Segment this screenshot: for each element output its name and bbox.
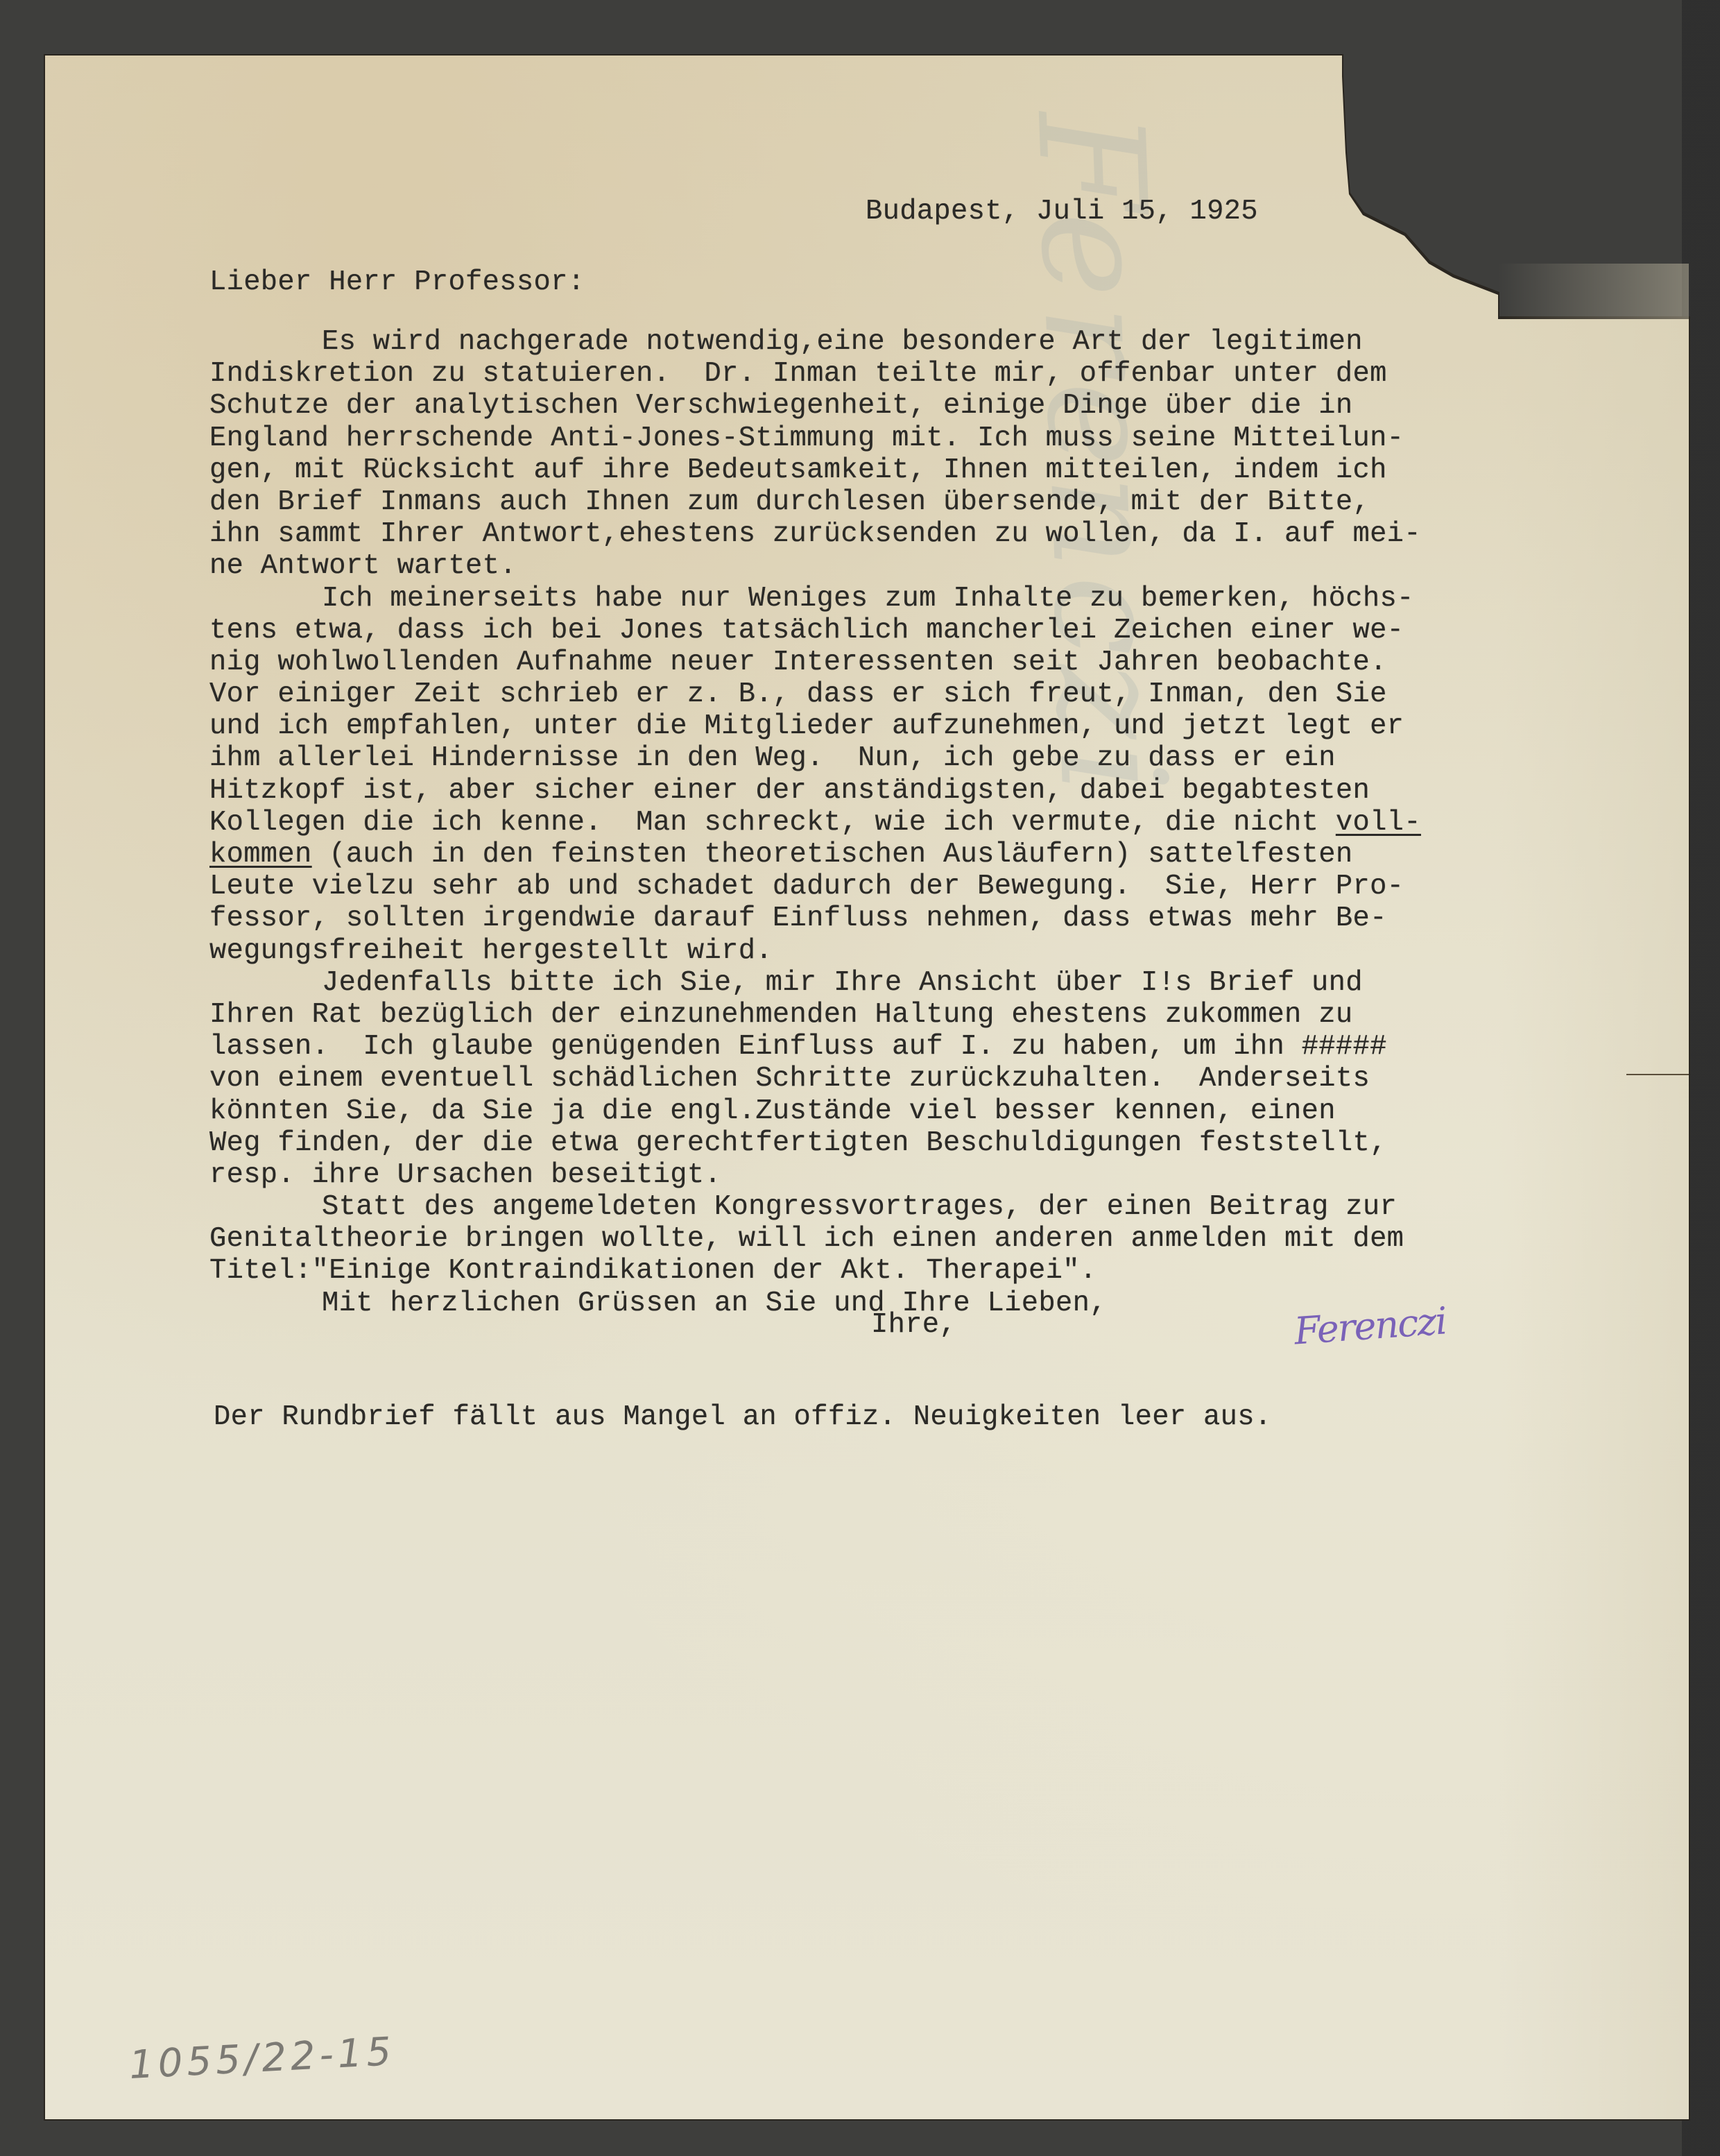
letter-body-line: gen, mit Rücksicht auf ihre Bedeutsamkei… [209, 454, 1421, 486]
body-line-text: tens etwa, dass ich bei Jones tatsächlic… [209, 615, 1404, 647]
body-line-text: gen, mit Rücksicht auf ihre Bedeutsamkei… [209, 454, 1387, 486]
body-line-text: Kollegen die ich kenne. Man schreckt, wi… [209, 807, 1336, 839]
body-line-text: Hitzkopf ist, aber sicher einer der anst… [209, 775, 1370, 807]
letter-body-line: den Brief Inmans auch Ihnen zum durchles… [209, 486, 1421, 518]
letter-body-line: Vor einiger Zeit schrieb er z. B., dass … [209, 678, 1421, 710]
letter-postscript: Der Rundbrief fällt aus Mangel an offiz.… [214, 1401, 1271, 1433]
letter-body-line: Schutze der analytischen Verschwiegenhei… [209, 390, 1421, 422]
body-line-text: nig wohlwollenden Aufnahme neuer Interes… [209, 647, 1387, 678]
paper-tear-mark [1626, 1074, 1689, 1075]
letter-body-line: Es wird nachgerade notwendig,eine besond… [209, 326, 1421, 358]
body-line-text: von einem eventuell schädlichen Schritte… [209, 1063, 1370, 1095]
letter-date-line: Budapest, Juli 15, 1925 [866, 196, 1258, 228]
body-line-text: (auch in den feinsten theoretischen Ausl… [312, 839, 1353, 871]
letter-body-line: Weg finden, der die etwa gerechtfertigte… [209, 1127, 1421, 1159]
body-line-text: Mit herzlichen Grüssen an Sie und Ihre L… [322, 1287, 1107, 1319]
letter-body-line: Jedenfalls bitte ich Sie, mir Ihre Ansic… [209, 967, 1421, 999]
letter-body-line: Hitzkopf ist, aber sicher einer der anst… [209, 775, 1421, 807]
letter-body-line: Kollegen die ich kenne. Man schreckt, wi… [209, 807, 1421, 839]
letter-closing: Ihre, [871, 1309, 956, 1341]
body-line-text: Es wird nachgerade notwendig,eine besond… [322, 326, 1363, 358]
body-line-text: Vor einiger Zeit schrieb er z. B., dass … [209, 678, 1387, 710]
letter-body-line: Ihren Rat bezüglich der einzunehmenden H… [209, 999, 1421, 1031]
letter-body-line: Mit herzlichen Grüssen an Sie und Ihre L… [209, 1287, 1421, 1319]
body-line-text: Weg finden, der die etwa gerechtfertigte… [209, 1127, 1387, 1159]
body-line-text: England herrschende Anti-Jones-Stimmung … [209, 422, 1404, 454]
letter-body-line: kommen (auch in den feinsten theoretisch… [209, 839, 1421, 871]
letter-body-line: Statt des angemeldeten Kongressvortrages… [209, 1191, 1421, 1223]
body-line-text: Jedenfalls bitte ich Sie, mir Ihre Ansic… [322, 967, 1363, 999]
body-line-text: wegungsfreiheit hergestellt wird. [209, 935, 773, 967]
letter-body-line: wegungsfreiheit hergestellt wird. [209, 935, 1421, 967]
letter-body-line: könnten Sie, da Sie ja die engl.Zustände… [209, 1095, 1421, 1127]
letter-body-line: lassen. Ich glaube genügenden Einfluss a… [209, 1031, 1421, 1063]
letter-body-line: von einem eventuell schädlichen Schritte… [209, 1063, 1421, 1095]
body-line-text: den Brief Inmans auch Ihnen zum durchles… [209, 486, 1370, 518]
body-line-text: und ich empfahlen, unter die Mitglieder … [209, 710, 1404, 742]
letter-body-line: ihn sammt Ihrer Antwort,ehestens zurücks… [209, 518, 1421, 550]
letter-salutation: Lieber Herr Professor: [209, 266, 585, 298]
letter-body-line: Indiskretion zu statuieren. Dr. Inman te… [209, 358, 1421, 390]
body-line-text: könnten Sie, da Sie ja die engl.Zustände… [209, 1095, 1336, 1127]
paper-discoloration [1498, 264, 1689, 2119]
body-line-text: Schutze der analytischen Verschwiegenhei… [209, 390, 1352, 422]
body-line-text: Titel:"Einige Kontraindikationen der Akt… [209, 1255, 1096, 1287]
body-line-text: Ich meinerseits habe nur Weniges zum Inh… [322, 583, 1414, 615]
letter-body-line: nig wohlwollenden Aufnahme neuer Interes… [209, 647, 1421, 678]
body-line-text: Leute vielzu sehr ab und schadet dadurch… [209, 871, 1404, 902]
body-line-text: ihm allerlei Hindernisse in den Weg. Nun… [209, 742, 1336, 774]
body-line-text: Statt des angemeldeten Kongressvortrages… [322, 1191, 1397, 1223]
letter-body-line: und ich empfahlen, unter die Mitglieder … [209, 710, 1421, 742]
body-line-text: Ihren Rat bezüglich der einzunehmenden H… [209, 999, 1352, 1031]
letter-body-line: fessor, sollten irgendwie darauf Einflus… [209, 902, 1421, 934]
letter-body-line: ne Antwort wartet. [209, 550, 1421, 582]
body-line-text: resp. ihre Ursachen beseitigt. [209, 1159, 721, 1191]
letter-body-line: ihm allerlei Hindernisse in den Weg. Nun… [209, 742, 1421, 774]
letter-body-line: tens etwa, dass ich bei Jones tatsächlic… [209, 615, 1421, 647]
letter-body-line: Titel:"Einige Kontraindikationen der Akt… [209, 1255, 1421, 1287]
underlined-text: voll- [1336, 807, 1421, 839]
letter-body-line: Genitaltheorie bringen wollte, will ich … [209, 1223, 1421, 1255]
body-line-text: ihn sammt Ihrer Antwort,ehestens zurücks… [209, 518, 1421, 550]
letter-body-line: Leute vielzu sehr ab und schadet dadurch… [209, 871, 1421, 902]
body-line-text: ne Antwort wartet. [209, 550, 517, 582]
letter-body: Es wird nachgerade notwendig,eine besond… [209, 326, 1421, 1319]
body-line-text: Indiskretion zu statuieren. Dr. Inman te… [209, 358, 1387, 390]
body-line-text: Genitaltheorie bringen wollte, will ich … [209, 1223, 1404, 1255]
body-line-text: fessor, sollten irgendwie darauf Einflus… [209, 902, 1387, 934]
letter-body-line: resp. ihre Ursachen beseitigt. [209, 1159, 1421, 1191]
body-line-text: lassen. Ich glaube genügenden Einfluss a… [209, 1031, 1387, 1063]
letter-body-line: England herrschende Anti-Jones-Stimmung … [209, 422, 1421, 454]
letter-body-line: Ich meinerseits habe nur Weniges zum Inh… [209, 583, 1421, 615]
underlined-text: kommen [209, 839, 312, 871]
